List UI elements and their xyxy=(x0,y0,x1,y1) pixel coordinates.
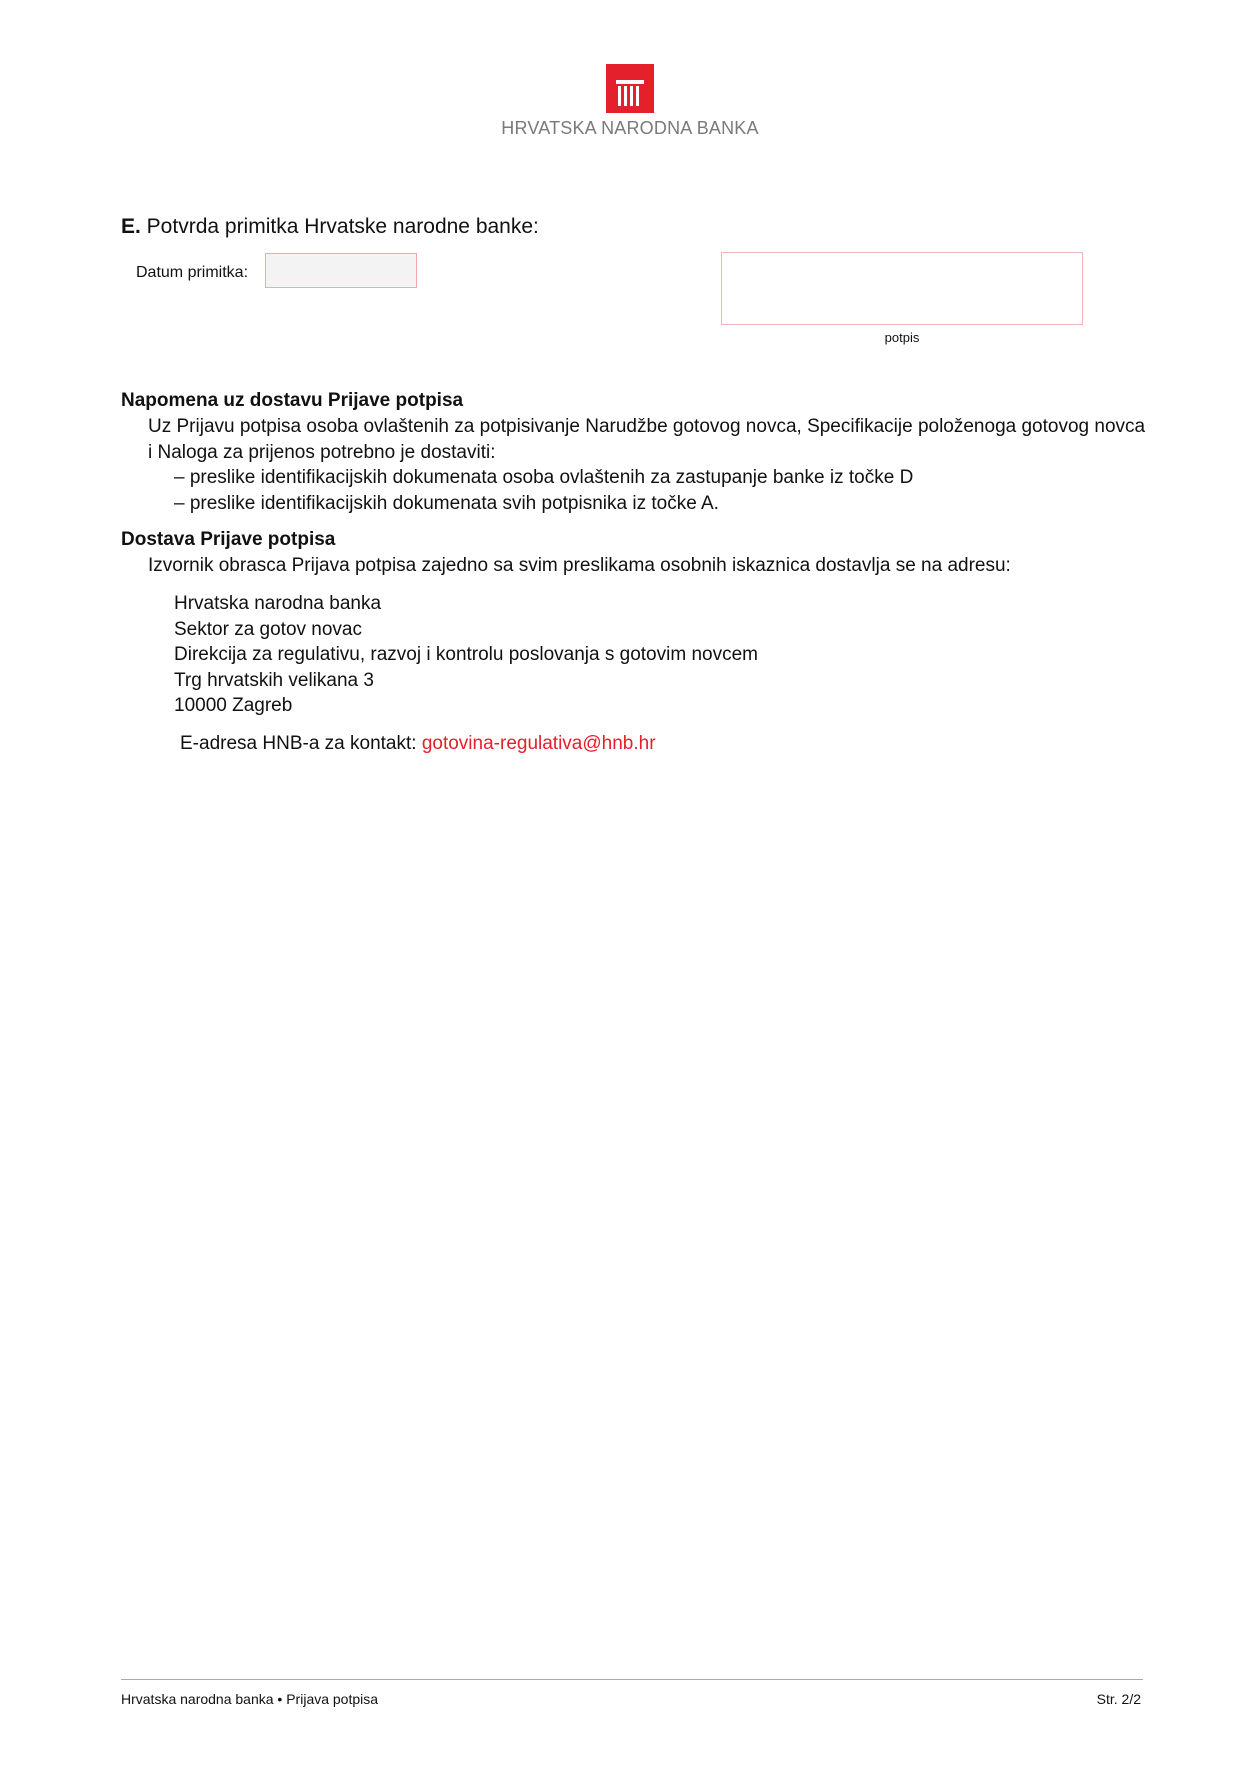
date-received-field[interactable] xyxy=(265,253,417,288)
contact-line: E-adresa HNB-a za kontakt: gotovina-regu… xyxy=(180,733,656,755)
footer-document-title: Hrvatska narodna banka • Prijava potpisa xyxy=(121,1691,378,1707)
contact-email-link[interactable]: gotovina-regulativa@hnb.hr xyxy=(422,733,656,754)
address-line: Sektor za gotov novac xyxy=(174,617,758,643)
address-line: 10000 Zagreb xyxy=(174,693,758,719)
address-line: Trg hrvatskih velikana 3 xyxy=(174,668,758,694)
address-line: Direkcija za regulativu, razvoj i kontro… xyxy=(174,642,758,668)
hnb-column-logo-icon xyxy=(606,64,654,113)
footer-divider xyxy=(121,1679,1143,1680)
contact-label: E-adresa HNB-a za kontakt: xyxy=(180,733,422,754)
signature-label: potpis xyxy=(721,330,1083,345)
notes-heading: Napomena uz dostavu Prijave potpisa xyxy=(121,390,463,412)
logo-text: HRVATSKA NARODNA BANKA xyxy=(480,118,780,139)
signature-field[interactable] xyxy=(721,252,1083,325)
notes-body: Uz Prijavu potpisa osoba ovlaštenih za p… xyxy=(148,414,1148,465)
delivery-body: Izvornik obrasca Prijava potpisa zajedno… xyxy=(148,553,1011,579)
date-received-label: Datum primitka: xyxy=(136,264,248,282)
list-item: – preslike identifikacijskih dokumenata … xyxy=(174,491,913,517)
section-e-heading: Potvrda primitka Hrvatske narodne banke: xyxy=(141,215,539,238)
footer-page-number: Str. 2/2 xyxy=(1000,1691,1141,1707)
section-e-title: E. Potvrda primitka Hrvatske narodne ban… xyxy=(121,215,539,239)
address-line: Hrvatska narodna banka xyxy=(174,591,758,617)
notes-list: – preslike identifikacijskih dokumenata … xyxy=(174,465,913,516)
list-item: – preslike identifikacijskih dokumenata … xyxy=(174,465,913,491)
section-letter: E. xyxy=(121,215,141,238)
address-block: Hrvatska narodna banka Sektor za gotov n… xyxy=(174,591,758,719)
delivery-heading: Dostava Prijave potpisa xyxy=(121,529,335,551)
